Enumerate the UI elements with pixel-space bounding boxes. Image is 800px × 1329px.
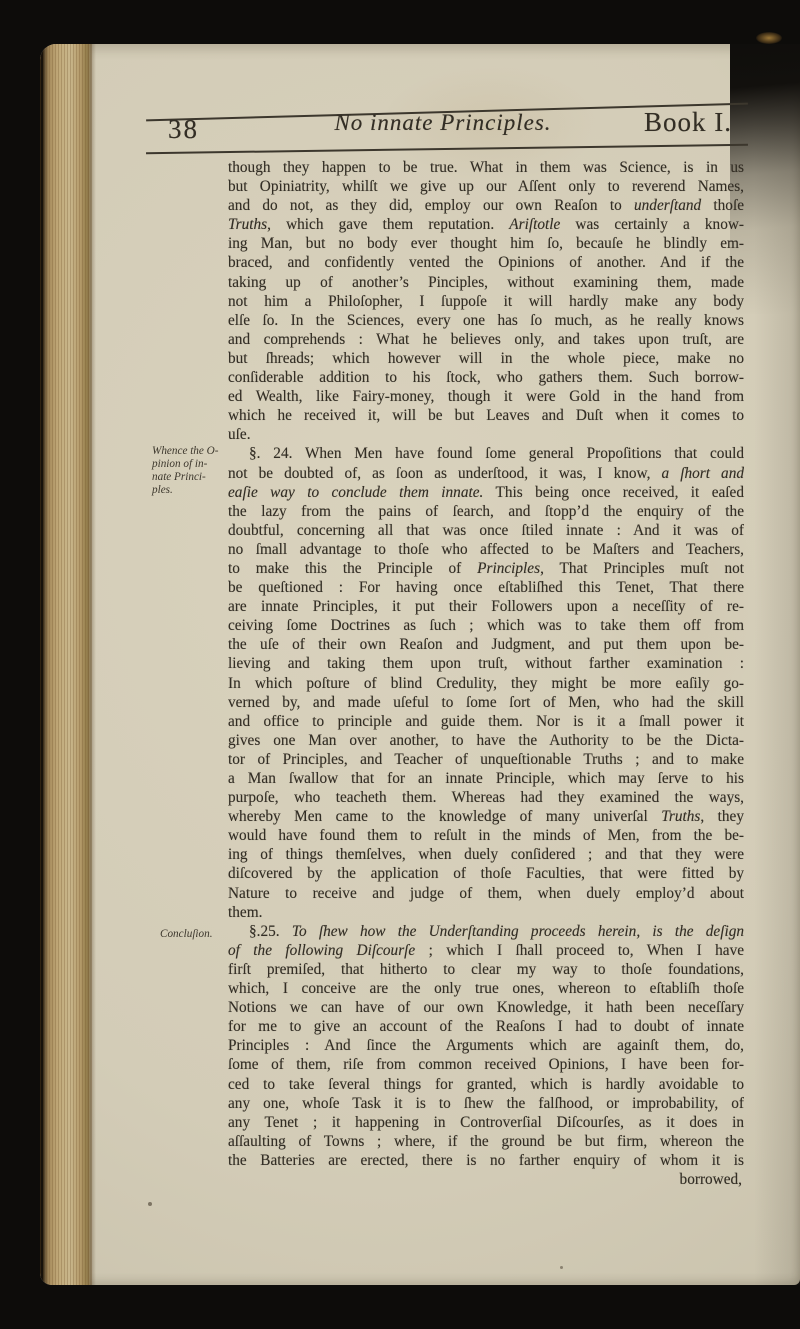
book-label: Book I. [644,107,732,138]
margin-note-whence-opinion: Whence the O-pinion of in-nate Princi-pl… [152,445,234,497]
text-line: them. [228,903,744,922]
text-line: though they happen to be true. What in t… [228,158,744,177]
text-line: and office to principle and guide them. … [228,712,744,731]
text-line: In which poſture of blind Credulity, the… [228,674,744,693]
italic-emphasis: Truths [228,216,267,233]
text-line: ing Man, but no body ever thought him ſo… [228,234,744,253]
text-line: and comprehends : What he believes only,… [228,330,744,349]
margin-note-line: Whence the O- [152,445,234,458]
italic-emphasis: To ſhew how the Underſtanding proceeds h… [292,923,744,940]
text-line: firſt premiſed, that hitherto to clear m… [228,960,744,979]
text-line: and do not, as they did, employ our own … [228,196,744,215]
text-line: braced, and confidently vented the Opini… [228,253,744,272]
text-line: for me to give an account of the Reaſons… [228,1017,744,1036]
text-line: any one, whoſe Task it is to ſhew the fa… [228,1094,744,1113]
text-line: tor of Principles, and Teacher of unqueſ… [228,750,744,769]
text-line: not be doubted of, as ſoon as underſtood… [228,464,744,483]
text-line: Notions we can have of our own Knowledge… [228,998,744,1017]
ink-speck [560,1266,563,1269]
italic-emphasis: Principles [477,560,540,577]
text-line: conſiderable addition to his ſtock, who … [228,368,744,387]
text-line: §. 24. When Men have found ſome general … [228,444,744,463]
text-line: which, I conceive are the only true ones… [228,979,744,998]
text-line: doubtful, concerning all that was once ſ… [228,521,744,540]
margin-note-line: nate Princi- [152,471,234,484]
italic-emphasis: of the following Diſcourſe [228,942,415,959]
italic-emphasis: a ſhort and [662,465,745,482]
text-line: ced to take ſeveral things for granted, … [228,1075,744,1094]
italic-emphasis: underſtand [634,197,701,214]
text-line: any Tenet ; it happening in Controverſia… [228,1113,744,1132]
scan-background: 38 No innate Principles. Book I. Whence … [0,0,800,1329]
text-line: Truths, which gave them reputation. Ariſ… [228,215,744,234]
text-line: verned by, and made uſeful to ſome ſort … [228,693,744,712]
text-line: gives one Man over another, to have the … [228,731,744,750]
italic-emphasis: Truths [661,808,700,825]
text-line: the Batteries are erected, there is no f… [228,1151,744,1170]
text-line: lieving and taking them upon truſt, with… [228,654,744,673]
book-page: 38 No innate Principles. Book I. Whence … [40,44,800,1285]
text-line: be queſtioned : For having once eſtabliſ… [228,578,744,597]
text-line: ing of things themſelves, when duely con… [228,845,744,864]
ink-speck [148,1202,152,1206]
text-line: which he received it, will be but Leaves… [228,406,744,425]
text-line: ceiving ſome Doctrines as ſuch ; which w… [228,616,744,635]
text-line: but ſhreads; which however will in the w… [228,349,744,368]
text-line: would have found them to reſult in the m… [228,826,744,845]
text-line: Nature to receive and judge of them, whe… [228,884,744,903]
text-line: aſſaulting of Towns ; where, if the grou… [228,1132,744,1151]
text-line: diſcovered by the application of thoſe F… [228,864,744,883]
text-line: §.25. To ſhew how the Underſtanding proc… [228,922,744,941]
text-line: not him a Philoſopher, I ſuppoſe it will… [228,292,744,311]
text-line: uſe. [228,425,744,444]
text-line: whereby Men came to the knowledge of man… [228,807,744,826]
text-line: eaſie way to conclude them innate. This … [228,483,744,502]
text-line: Principles : And ſince the Arguments whi… [228,1036,744,1055]
text-line: purpoſe, who teacheth them. Whereas had … [228,788,744,807]
text-line: to make this the Principle of Principles… [228,559,744,578]
page-fold-shadow [90,44,96,1285]
page-number: 38 [168,114,199,145]
text-line: the lazy from the pains of ſearch, and ſ… [228,502,744,521]
book-fore-edge [40,44,92,1285]
body-text: borrowed, though they happen to be true.… [228,158,744,1170]
running-title: No innate Principles. [228,110,658,136]
binding-gold-fleck [756,32,782,44]
text-line: a Man ſwallow that for an innate Princip… [228,769,744,788]
text-line: are innate Principles, it put their Foll… [228,597,744,616]
catchword: borrowed, [680,1170,742,1189]
text-line: elſe ſo. In the Sciences, every one has … [228,311,744,330]
italic-emphasis: Ariſtotle [509,216,560,233]
text-line: the uſe of their own Reaſon and Judgment… [228,635,744,654]
text-line: of the following Diſcourſe ; which I ſha… [228,941,744,960]
text-line: but Opiniatrity, whilſt we give up our A… [228,177,744,196]
text-line: no ſmall advantage to thoſe who affected… [228,540,744,559]
text-line: ſome of them, riſe from common received … [228,1055,744,1074]
margin-note-line: pinion of in- [152,458,234,471]
margin-note-line: ples. [152,484,234,497]
text-line: taking up of another’s Pinciples, withou… [228,273,744,292]
text-line: ed Wealth, like Fairy-money, though it w… [228,387,744,406]
italic-emphasis: eaſie way to conclude them innate. [228,484,483,501]
